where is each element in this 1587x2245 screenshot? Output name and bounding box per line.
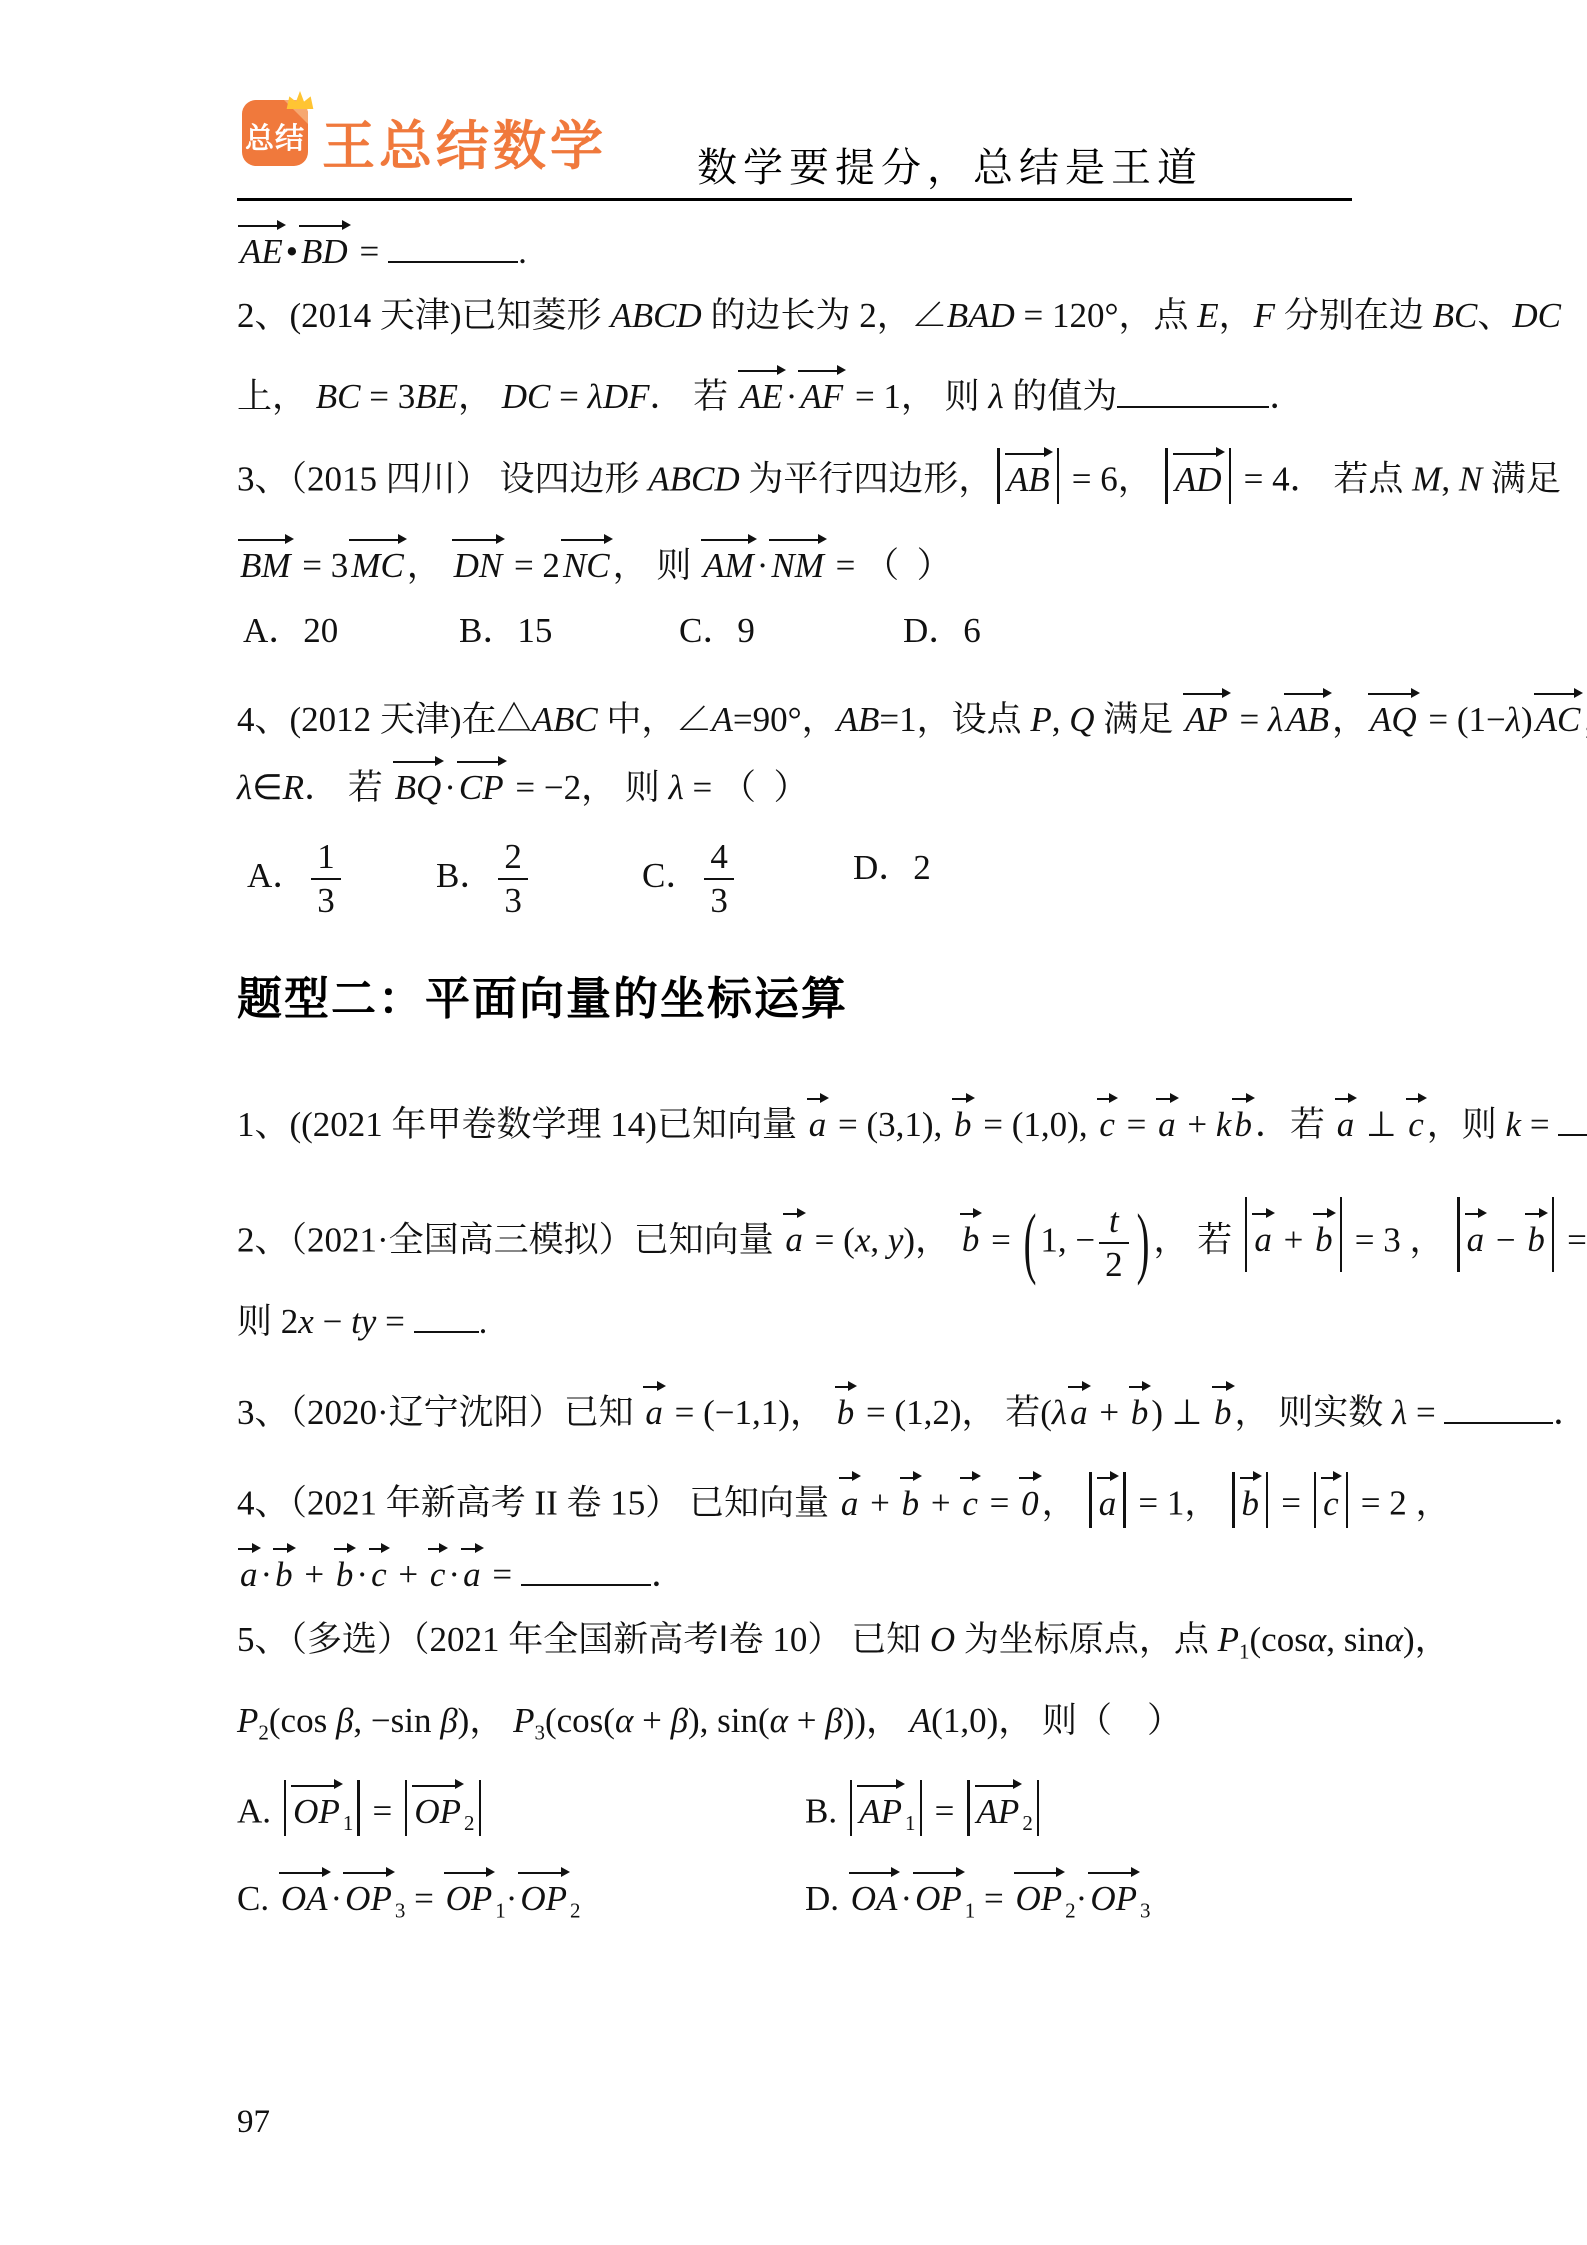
text-run: = — [926, 1792, 963, 1831]
answer-blank — [521, 1547, 651, 1586]
text-run: ∈ — [252, 768, 283, 807]
math-var: k — [1506, 1105, 1522, 1144]
text-run: + — [1275, 1220, 1312, 1259]
abs-bar — [1232, 1472, 1234, 1528]
math-var: ABC — [532, 700, 598, 739]
text-run: = — [405, 1879, 442, 1918]
abs-bar — [405, 1780, 407, 1836]
text-run: = 1， — [1130, 1484, 1229, 1523]
abs-bar — [1314, 1472, 1316, 1528]
vector-term: a — [1251, 1210, 1275, 1262]
vector-term: OP — [411, 1782, 464, 1834]
text-run: = 4． 若点 — [1235, 460, 1412, 499]
vector-term: b — [1524, 1210, 1548, 1262]
s2-problem-1-line-1: 1、((2021 年甲卷数学理 14)已知向量 a = (3,1), b = (… — [237, 1095, 1587, 1147]
math-var: N — [1459, 460, 1482, 499]
abs-bar — [967, 1780, 969, 1836]
subscript: 3 — [1140, 1898, 1151, 1922]
text-run: 3、（2015 四川） 设四边形 — [237, 460, 648, 499]
abs-bar — [1123, 1472, 1125, 1528]
text-run: = — [550, 377, 587, 416]
text-run: = — [1272, 1484, 1309, 1523]
math-var: x — [298, 1302, 314, 1341]
problem-3-line-2: BM = 3MC， DN = 2NC， 则 AM·NM = （ ） — [237, 536, 952, 588]
vector-term: AE — [737, 367, 786, 419]
vector-term: a — [782, 1210, 806, 1262]
text-run: =1，设点 — [879, 700, 1030, 739]
text-run: + — [1179, 1105, 1216, 1144]
text-run: 4、（2021 年新高考 II 卷 15） 已知向量 — [237, 1484, 838, 1523]
text-run: = — [364, 1792, 401, 1831]
text-run: 为平行四边形， — [740, 460, 994, 499]
vector-term: CP — [456, 758, 507, 810]
text-run: (cos — [269, 1701, 336, 1740]
text-run: . — [479, 1302, 488, 1341]
vector-term: NC — [560, 536, 613, 588]
vector-term: c — [1320, 1474, 1342, 1526]
crown-icon — [284, 90, 316, 112]
header-tagline: 数学要提分，总结是王道 — [697, 136, 1203, 193]
text-run: 的值为 — [1004, 377, 1118, 416]
math-var: λ — [669, 768, 684, 807]
text-run: 2、（2021·全国高三模拟）已知向量 — [237, 1220, 782, 1259]
vector-term: AP — [1182, 690, 1231, 742]
vector-term: AP — [974, 1782, 1023, 1834]
vector-term: b — [959, 1210, 983, 1262]
text-run: 的边长为 2，∠ — [702, 296, 947, 335]
math-var: AB — [837, 700, 880, 739]
text-run: ， — [1332, 700, 1367, 739]
vector-term: a — [237, 1545, 261, 1597]
text-run: = (3,1), — [829, 1105, 951, 1144]
text-run: A． — [247, 856, 307, 895]
text-run: − — [314, 1302, 351, 1341]
text-run: ), sin( — [688, 1701, 770, 1740]
text-run: A．20 — [243, 611, 338, 650]
text-run: ， — [1219, 296, 1254, 335]
text-run: = (1,0), — [975, 1105, 1097, 1144]
text-run: 5、（多选）（2021 年全国新高考Ⅰ卷 10） 已知 — [237, 1620, 930, 1659]
vector-term: b — [1211, 1383, 1235, 1435]
text-run: + — [788, 1701, 825, 1740]
abs-bar — [997, 448, 999, 504]
math-var: P — [1030, 700, 1051, 739]
vector-term: b — [272, 1545, 296, 1597]
text-run: 为坐标原点，点 — [955, 1620, 1218, 1659]
math-var: BC — [316, 377, 361, 416]
problem-3-option-a: A．20 — [243, 609, 338, 653]
math-var: P — [513, 1701, 534, 1740]
text-run: = （ ） — [827, 546, 952, 585]
text-run: 中，∠ — [598, 700, 712, 739]
text-run: ． — [651, 1555, 686, 1594]
vector-term: OA — [848, 1869, 901, 1921]
subscript: 2 — [1065, 1898, 1076, 1922]
text-run: = 2 — [505, 546, 560, 585]
text-run: + — [861, 1484, 898, 1523]
math-var: DC — [1512, 296, 1561, 335]
text-run: 1, − — [1040, 1220, 1095, 1259]
text-run: 1、((2021 年甲卷数学理 14)已知向量 — [237, 1105, 806, 1144]
math-var: λ — [237, 768, 252, 807]
text-run: ) — [1521, 700, 1533, 739]
text-run: ． — [1269, 377, 1304, 416]
math-var: α — [770, 1701, 788, 1740]
text-run: A. — [237, 1792, 280, 1831]
vector-term: AF — [797, 367, 846, 419]
text-run: · — [261, 1555, 273, 1594]
problem-4-line-2: λ∈R． 若 BQ·CP = −2， 则 λ = （ ） — [237, 758, 809, 810]
text-run: ， — [458, 377, 502, 416]
vector-term: OP — [1087, 1869, 1140, 1921]
text-run: = — [981, 1484, 1018, 1523]
text-run: ． — [1553, 1393, 1587, 1432]
problem-4-option-b: B．23 — [436, 838, 532, 920]
math-var: A — [910, 1701, 931, 1740]
worksheet-page: 总结 王总结数学 数学要提分，总结是王道 AE•BD = . 2、(2014 天… — [0, 0, 1587, 2245]
text-run: = 3 — [361, 377, 416, 416]
vector-term: a — [1096, 1474, 1120, 1526]
text-run: · — [900, 1879, 912, 1918]
math-var: E — [1197, 296, 1218, 335]
page-number: 97 — [237, 2104, 270, 2141]
text-run: = (1,2)， 若( — [857, 1393, 1052, 1432]
problem-4-option-d: D．2 — [853, 846, 931, 890]
text-run: + — [633, 1701, 670, 1740]
text-run: 则 2 — [237, 1302, 298, 1341]
s2-problem-2-line-1: 2、（2021·全国高三模拟）已知向量 a = (x, y)， b = (1, … — [237, 1197, 1587, 1284]
text-run: = — [484, 1555, 521, 1594]
math-var: O — [930, 1620, 955, 1659]
text-run: + — [1091, 1393, 1128, 1432]
math-var: k — [1216, 1105, 1232, 1144]
text-run: · — [331, 1879, 343, 1918]
subscript: 3 — [534, 1720, 545, 1744]
text-run: B. — [805, 1792, 846, 1831]
math-var: DC — [502, 377, 551, 416]
text-run: = — [1407, 1393, 1444, 1432]
math-var: α — [1385, 1620, 1403, 1659]
vector-term: DN — [451, 536, 506, 588]
math-var: β — [825, 1701, 842, 1740]
math-var: β — [336, 1701, 353, 1740]
text-run: B． — [436, 856, 494, 895]
text-run: = 3 — [294, 546, 349, 585]
vector-term: b — [951, 1095, 975, 1147]
subscript: 2 — [570, 1898, 581, 1922]
problem-1-formula: AE•BD = . — [237, 222, 527, 274]
text-run: )， — [903, 1220, 958, 1259]
math-var: ABCD — [610, 296, 701, 335]
math-var: ty — [351, 1302, 376, 1341]
text-run: 上， — [237, 377, 316, 416]
problem-3-option-d: D．6 — [903, 609, 981, 653]
text-run: = −2， 则 — [507, 768, 669, 807]
text-run: , −sin — [353, 1701, 440, 1740]
text-run: . — [518, 232, 527, 271]
fraction: 43 — [704, 838, 734, 920]
text-run: , sin — [1326, 1620, 1384, 1659]
text-run: = ( — [806, 1220, 855, 1259]
vector-term: AB — [1004, 450, 1053, 502]
text-run: 2、(2014 天津)已知菱形 — [237, 296, 610, 335]
math-var: β — [671, 1701, 688, 1740]
fraction: 13 — [311, 838, 341, 920]
vector-term: b — [1128, 1383, 1152, 1435]
text-run: )， — [458, 1701, 513, 1740]
problem-3-option-c: C．9 — [679, 609, 755, 653]
abs-bar — [479, 1780, 481, 1836]
text-run: ， — [407, 546, 451, 585]
text-run: • — [286, 232, 298, 271]
text-run: ． 若 — [649, 377, 737, 416]
text-run: )， — [1403, 1620, 1450, 1659]
vector-term: BM — [237, 536, 294, 588]
text-run: (1,0)， 则（ ） — [931, 1701, 1182, 1740]
abs-bar — [1552, 1197, 1554, 1272]
s2-problem-5-option-b: B. AP1 = AP2 — [805, 1780, 1043, 1836]
text-run: = 6， — [1063, 460, 1162, 499]
vector-term: c — [427, 1545, 449, 1597]
subscript: 1 — [965, 1898, 976, 1922]
vector-term: NM — [768, 536, 827, 588]
s2-problem-4-line-2: a·b + b·c + c·a = ． — [237, 1545, 686, 1597]
text-run: = — [1231, 700, 1268, 739]
math-var: y — [888, 1220, 904, 1259]
logo-title: 王总结数学 — [322, 104, 607, 180]
abs-bar — [1229, 448, 1231, 504]
vector-term: OP — [1013, 1869, 1066, 1921]
text-run: ．若 — [1255, 1105, 1334, 1144]
math-var: λ — [988, 377, 1003, 416]
abs-bar — [1245, 1197, 1247, 1272]
answer-blank — [1117, 369, 1269, 408]
vector-term: c — [1405, 1095, 1427, 1147]
text-run: ))， — [843, 1701, 910, 1740]
text-run: 4、(2012 天津)在△ — [237, 700, 532, 739]
math-var: BE — [415, 377, 458, 416]
problem-2-line-1: 2、(2014 天津)已知菱形 ABCD 的边长为 2，∠BAD = 120°，… — [237, 294, 1561, 338]
text-run: = 120°，点 — [1015, 296, 1198, 335]
answer-blank — [414, 1294, 479, 1333]
vector-term: c — [959, 1474, 981, 1526]
text-run: = (1− — [1420, 700, 1506, 739]
text-run: =90°， — [733, 700, 837, 739]
math-var: R — [283, 768, 304, 807]
text-run: 满足 — [1095, 700, 1183, 739]
fraction: 23 — [498, 838, 528, 920]
text-run: · — [448, 1555, 460, 1594]
text-run: (cos — [1250, 1620, 1308, 1659]
vector-term: a — [1067, 1383, 1091, 1435]
abs-bar — [850, 1780, 852, 1836]
vector-term: OP — [342, 1869, 395, 1921]
answer-blank — [388, 224, 518, 263]
vector-term: OP — [912, 1869, 965, 1921]
problem-2-line-2: 上， BC = 3BE， DC = λDF． 若 AE·AF = 1， 则 λ … — [237, 367, 1304, 419]
abs-bar — [1089, 1472, 1091, 1528]
abs-bar — [1057, 448, 1059, 504]
subscript: 2 — [258, 1720, 269, 1744]
text-run: = — [982, 1220, 1019, 1259]
text-run: + — [296, 1555, 333, 1594]
text-run: = 1， 则 — [846, 377, 988, 416]
vector-term: MC — [348, 536, 407, 588]
vector-term: AQ — [1367, 690, 1420, 742]
math-var: λ — [1268, 700, 1283, 739]
subscript: 1 — [1239, 1639, 1250, 1663]
big-paren: ( — [1024, 1195, 1037, 1294]
vector-term: a — [1464, 1210, 1488, 1262]
subscript: 1 — [905, 1811, 916, 1835]
s2-problem-4-line-1: 4、（2021 年新高考 II 卷 15） 已知向量 a + b + c = 0… — [237, 1472, 1451, 1528]
text-run: , — [1441, 460, 1459, 499]
abs-bar — [1165, 448, 1167, 504]
vector-term: a — [460, 1545, 484, 1597]
text-run: ， — [1583, 700, 1587, 739]
text-run: 、 — [1477, 296, 1512, 335]
vector-term: OA — [278, 1869, 331, 1921]
text-run: 满足 — [1482, 460, 1561, 499]
vector-term: b — [1239, 1474, 1263, 1526]
problem-3-line-1: 3、（2015 四川） 设四边形 ABCD 为平行四边形，AB = 6， AD … — [237, 448, 1561, 504]
vector-term: AC — [1533, 690, 1584, 742]
abs-bar — [1266, 1472, 1268, 1528]
vector-term: a — [1334, 1095, 1358, 1147]
abs-bar — [920, 1780, 922, 1836]
subscript: 1 — [495, 1898, 506, 1922]
vector-term: OP — [517, 1869, 570, 1921]
text-run: − — [1487, 1220, 1524, 1259]
text-run: = 1， — [1558, 1220, 1587, 1259]
vector-term: AP — [856, 1782, 905, 1834]
text-run: C. — [237, 1879, 278, 1918]
text-run: D．6 — [903, 611, 981, 650]
text-run: + — [390, 1555, 427, 1594]
subscript: 2 — [464, 1811, 475, 1835]
text-run: · — [786, 377, 798, 416]
math-var: P — [237, 1701, 258, 1740]
text-run: = （ ） — [684, 768, 809, 807]
vector-term: a — [1155, 1095, 1179, 1147]
s2-problem-5-option-a: A. OP1 = OP2 — [237, 1780, 485, 1836]
math-var: α — [1308, 1620, 1326, 1659]
math-var: λ — [1052, 1393, 1067, 1432]
math-var: ABCD — [648, 460, 739, 499]
vector-term: b — [1312, 1210, 1336, 1262]
vector-term: c — [368, 1545, 390, 1597]
text-run: · — [757, 546, 769, 585]
math-var: F — [1254, 296, 1275, 335]
text-run: C． — [642, 856, 700, 895]
text-run: · — [1076, 1879, 1088, 1918]
header-rule — [237, 198, 1352, 201]
vector-term: OP — [443, 1869, 496, 1921]
vector-term: AD — [1172, 450, 1225, 502]
s2-problem-5-option-c: C. OA·OP3 = OP1·OP2 — [237, 1869, 581, 1924]
vector-term: b — [899, 1474, 923, 1526]
text-run: D．2 — [853, 848, 931, 887]
math-var: BAD — [947, 296, 1015, 335]
answer-blank — [1444, 1385, 1553, 1424]
problem-4-option-c: C．43 — [642, 838, 738, 920]
s2-problem-5-line-2: P2(cos β, −sin β)， P3(cos(α + β), sin(α … — [237, 1699, 1182, 1746]
text-run: · — [356, 1555, 368, 1594]
text-run: (cos( — [545, 1701, 615, 1740]
vector-term: c — [1096, 1095, 1118, 1147]
text-run: = — [975, 1879, 1012, 1918]
vector-term: a — [838, 1474, 862, 1526]
answer-blank — [1558, 1097, 1587, 1136]
big-paren: ) — [1137, 1195, 1150, 1294]
text-run: ． 若 — [304, 768, 392, 807]
math-var: Q — [1069, 700, 1094, 739]
math-var: α — [615, 1701, 633, 1740]
math-var: λ — [1506, 700, 1521, 739]
text-run: ， 则 — [613, 546, 701, 585]
text-run: ， — [1042, 1484, 1086, 1523]
s2-problem-3-line-1: 3、（2020·辽宁沈阳）已知 a = (−1,1)， b = (1,2)， 若… — [237, 1383, 1587, 1435]
logo-badge-text: 总结 — [242, 116, 308, 157]
abs-bar — [1457, 1197, 1459, 1272]
text-run: · — [444, 768, 456, 807]
problem-4-line-1: 4、(2012 天津)在△ABC 中，∠A=90°，AB=1，设点 P, Q 满… — [237, 690, 1587, 742]
s2-problem-2-line-2: 则 2x − ty = . — [237, 1294, 487, 1344]
math-var: λ — [1392, 1393, 1407, 1432]
vector-term: a — [642, 1383, 666, 1435]
abs-bar — [1037, 1780, 1039, 1836]
text-run: + — [922, 1484, 959, 1523]
text-run: = — [351, 232, 388, 271]
math-var: β — [440, 1701, 457, 1740]
text-run: = — [376, 1302, 413, 1341]
math-var: BC — [1433, 296, 1478, 335]
vector-term: AB — [1283, 690, 1332, 742]
text-run: B．15 — [459, 611, 552, 650]
abs-bar — [284, 1780, 286, 1836]
text-run: · — [506, 1879, 518, 1918]
text-run: = 3 ， — [1346, 1220, 1453, 1259]
abs-bar — [1340, 1197, 1342, 1272]
subscript: 2 — [1022, 1811, 1033, 1835]
text-run: ⊥ — [1357, 1105, 1405, 1144]
math-var: P — [1218, 1620, 1239, 1659]
logo-badge: 总结 — [242, 100, 308, 166]
s2-problem-5-line-1: 5、（多选）（2021 年全国新高考Ⅰ卷 10） 已知 O 为坐标原点，点 P1… — [237, 1618, 1450, 1665]
fraction: t2 — [1099, 1202, 1129, 1284]
problem-4-option-a: A．13 — [247, 838, 345, 920]
math-var: x — [855, 1220, 871, 1259]
vector-term: AE — [237, 222, 286, 274]
text-run: ，则 — [1427, 1105, 1506, 1144]
vector-term: b — [333, 1545, 357, 1597]
text-run: = (−1,1)， — [666, 1393, 834, 1432]
vector-term: BD — [298, 222, 351, 274]
problem-3-option-b: B．15 — [459, 609, 552, 653]
text-run: ， 若 — [1153, 1220, 1241, 1259]
text-run: 分别在边 — [1275, 296, 1433, 335]
text-run: 3、（2020·辽宁沈阳）已知 — [237, 1393, 642, 1432]
s2-problem-5-option-d: D. OA·OP1 = OP2·OP3 — [805, 1869, 1150, 1924]
subscript: 1 — [343, 1811, 354, 1835]
abs-bar — [1346, 1472, 1348, 1528]
vector-term: b — [1231, 1095, 1255, 1147]
math-var: M — [1412, 460, 1441, 499]
text-run: , — [870, 1220, 888, 1259]
vector-term: 0 — [1018, 1474, 1042, 1526]
text-run: C．9 — [679, 611, 755, 650]
vector-term: a — [806, 1095, 830, 1147]
